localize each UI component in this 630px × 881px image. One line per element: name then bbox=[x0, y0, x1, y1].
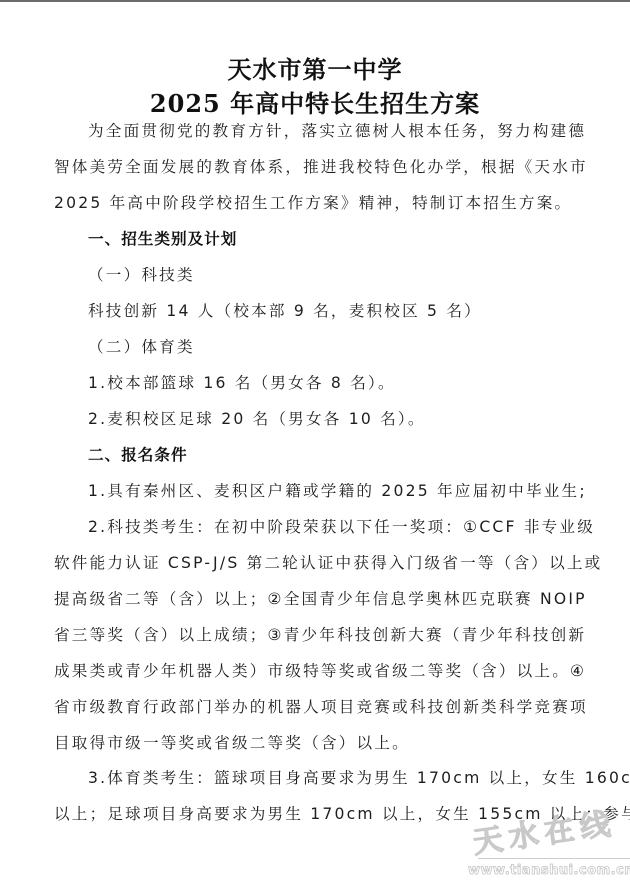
eligibility-item-1: 1.具有秦州区、麦积区户籍或学籍的 2025 年应届初中毕业生; bbox=[88, 481, 614, 501]
document-title-school: 天水市第一中学 bbox=[0, 50, 630, 85]
document-title-plan: 2025 年高中特长生招生方案 bbox=[0, 84, 630, 119]
eligibility-item-2-line-5: 成果类或青少年机器人类）市级特等奖或省级二等奖（含）以上。④ bbox=[54, 661, 580, 681]
tech-quota-line: 科技创新 14 人（校本部 9 名，麦积校区 5 名） bbox=[88, 301, 614, 321]
eligibility-item-2-line-1: 2.科技类考生：在初中阶段荣获以下任一奖项：①CCF 非专业级 bbox=[88, 517, 614, 537]
eligibility-item-2-line-6: 省市级教育行政部门举办的机器人项目竞赛或科技创新类科学竞赛项 bbox=[54, 697, 580, 717]
site-watermark: 天水在线 www.tianshui.com.cn bbox=[458, 808, 630, 881]
intro-line-1: 为全面贯彻党的教育方针，落实立德树人根本任务，努力构建德 bbox=[88, 121, 614, 141]
intro-line-2: 智体美劳全面发展的教育体系，推进我校特色化办学，根据《天水市 bbox=[54, 157, 580, 177]
eligibility-item-3-line-1: 3.体育类考生：篮球项目身高要求为男生 170cm 以上，女生 160cm bbox=[88, 768, 614, 788]
eligibility-item-2-line-7: 目取得市级一等奖或省级二等奖（含）以上。 bbox=[54, 733, 580, 753]
sports-quota-basketball: 1.校本部篮球 16 名（男女各 8 名）。 bbox=[88, 373, 614, 393]
eligibility-item-2-line-4: 省三等奖（含）以上成绩；③青少年科技创新大赛（青少年科技创新 bbox=[54, 625, 580, 645]
eligibility-item-2-line-2: 软件能力认证 CSP-J/S 第二轮认证中获得入门级省一等（含）以上或 bbox=[54, 553, 580, 573]
document-page: 天水市第一中学 2025 年高中特长生招生方案 为全面贯彻党的教育方针，落实立德… bbox=[0, 0, 630, 881]
intro-line-3: 2025 年高中阶段学校招生工作方案》精神，特制订本招生方案。 bbox=[54, 193, 580, 213]
subsection-heading-sports: （二）体育类 bbox=[88, 337, 614, 357]
sports-quota-football: 2.麦积校区足球 20 名（男女各 10 名）。 bbox=[88, 409, 614, 429]
watermark-divider bbox=[478, 858, 630, 859]
section-heading-enrollment-plan: 一、招生类别及计划 bbox=[88, 229, 614, 249]
section-heading-eligibility: 二、报名条件 bbox=[88, 445, 614, 465]
eligibility-item-2-line-3: 提高级省二等（含）以上；②全国青少年信息学奥林匹克联赛 NOIP bbox=[54, 589, 580, 609]
subsection-heading-tech: （一）科技类 bbox=[88, 265, 614, 285]
watermark-url: www.tianshui.com.cn bbox=[468, 863, 630, 878]
